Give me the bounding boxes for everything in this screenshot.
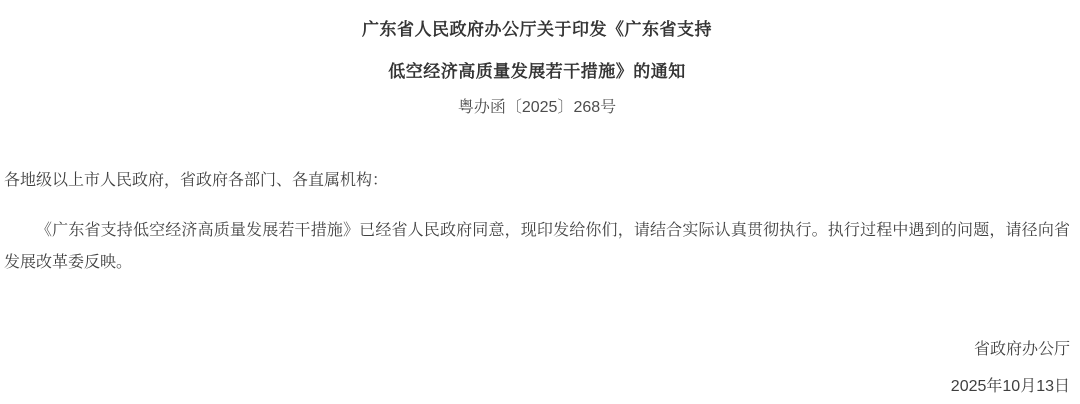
- body-paragraph: 《广东省支持低空经济高质量发展若干措施》已经省人民政府同意，现印发给你们，请结合…: [4, 215, 1070, 279]
- document-title-line-2: 低空经济高质量发展若干措施》的通知: [4, 51, 1070, 93]
- salutation-line: 各地级以上市人民政府，省政府各部门、各直属机构：: [4, 165, 1070, 197]
- signature-date: 2025年10月13日: [4, 371, 1070, 403]
- document-number: 粤办函〔2025〕268号: [4, 93, 1070, 123]
- document-title-line-1: 广东省人民政府办公厅关于印发《广东省支持: [4, 9, 1070, 51]
- signature-issuer: 省政府办公厅: [4, 334, 1070, 366]
- document-page: 广东省人民政府办公厅关于印发《广东省支持 低空经济高质量发展若干措施》的通知 粤…: [0, 0, 1080, 404]
- document-header: 广东省人民政府办公厅关于印发《广东省支持 低空经济高质量发展若干措施》的通知 粤…: [4, 9, 1070, 123]
